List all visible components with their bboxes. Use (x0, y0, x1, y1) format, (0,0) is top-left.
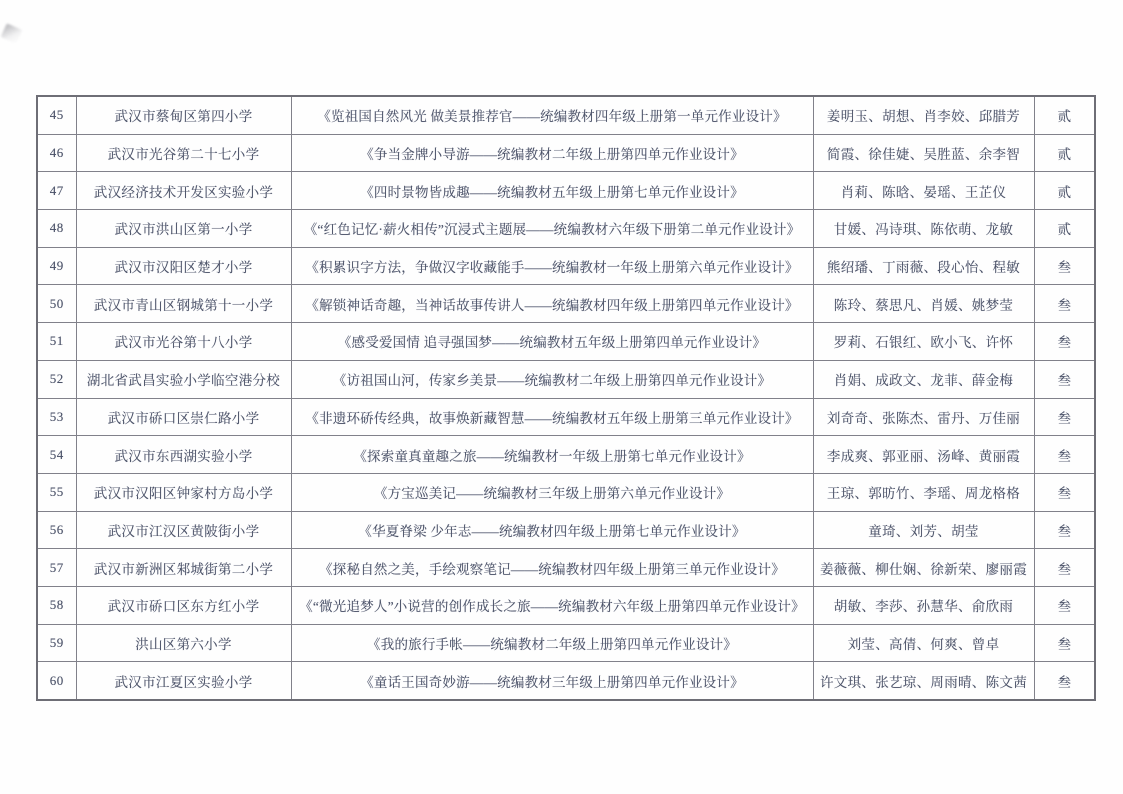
prize-rank-cell: 叁 (1034, 662, 1095, 700)
school-name-cell: 武汉市汉阳区钟家村方岛小学 (76, 473, 291, 511)
row-number-cell: 52 (37, 360, 76, 398)
work-title-cell: 《非遗环硚传经典，故事焕新藏智慧——统编教材五年级上册第三单元作业设计》 (291, 398, 813, 436)
row-number-cell: 57 (37, 549, 76, 587)
prize-rank-cell: 叁 (1034, 549, 1095, 587)
work-title-cell: 《“红色记忆·薪火相传”沉浸式主题展——统编教材六年级下册第二单元作业设计》 (291, 210, 813, 248)
table-row: 53 武汉市硚口区崇仁路小学 《非遗环硚传经典，故事焕新藏智慧——统编教材五年级… (37, 398, 1095, 436)
school-name-cell: 洪山区第六小学 (76, 624, 291, 662)
table-row: 60 武汉市江夏区实验小学 《童话王国奇妙游——统编教材三年级上册第四单元作业设… (37, 662, 1095, 700)
authors-cell: 罗莉、石银红、欧小飞、许怀 (813, 323, 1034, 361)
table-row: 59 洪山区第六小学 《我的旅行手帐——统编教材二年级上册第四单元作业设计》 刘… (37, 624, 1095, 662)
table-row: 56 武汉市江汉区黄陂街小学 《华夏脊梁 少年志——统编教材四年级上册第七单元作… (37, 511, 1095, 549)
table-row: 46 武汉市光谷第二十七小学 《争当金牌小导游——统编教材二年级上册第四单元作业… (37, 134, 1095, 172)
work-title-cell: 《方宝巡美记——统编教材三年级上册第六单元作业设计》 (291, 473, 813, 511)
prize-rank-cell: 叁 (1034, 398, 1095, 436)
prize-rank-cell: 叁 (1034, 360, 1095, 398)
school-name-cell: 武汉市蔡甸区第四小学 (76, 96, 291, 134)
prize-rank-cell: 叁 (1034, 473, 1095, 511)
authors-cell: 简霞、徐佳婕、吴胜蓝、余李智 (813, 134, 1034, 172)
school-name-cell: 武汉市青山区钢城第十一小学 (76, 285, 291, 323)
school-name-cell: 武汉市洪山区第一小学 (76, 210, 291, 248)
authors-cell: 甘媛、冯诗琪、陈依萌、龙敏 (813, 210, 1034, 248)
work-title-cell: 《感受爱国情 追寻强国梦——统编教材五年级上册第四单元作业设计》 (291, 323, 813, 361)
table-row: 45 武汉市蔡甸区第四小学 《览祖国自然风光 做美景推荐官——统编教材四年级上册… (37, 96, 1095, 134)
authors-cell: 姜薇薇、柳仕娴、徐新荣、廖丽霞 (813, 549, 1034, 587)
table-row: 57 武汉市新洲区邾城街第二小学 《探秘自然之美，手绘观察笔记——统编教材四年级… (37, 549, 1095, 587)
row-number-cell: 59 (37, 624, 76, 662)
prize-rank-cell: 叁 (1034, 247, 1095, 285)
school-name-cell: 武汉市新洲区邾城街第二小学 (76, 549, 291, 587)
scan-artifact (1, 23, 23, 44)
school-name-cell: 武汉市江汉区黄陂街小学 (76, 511, 291, 549)
table-row: 47 武汉经济技术开发区实验小学 《四时景物皆成趣——统编教材五年级上册第七单元… (37, 172, 1095, 210)
work-title-cell: 《我的旅行手帐——统编教材二年级上册第四单元作业设计》 (291, 624, 813, 662)
school-name-cell: 武汉市硚口区崇仁路小学 (76, 398, 291, 436)
prize-rank-cell: 叁 (1034, 511, 1095, 549)
authors-cell: 胡敏、李莎、孙慧华、俞欣雨 (813, 586, 1034, 624)
row-number-cell: 48 (37, 210, 76, 248)
prize-rank-cell: 叁 (1034, 624, 1095, 662)
prize-rank-cell: 贰 (1034, 172, 1095, 210)
work-title-cell: 《积累识字方法，争做汉字收藏能手——统编教材一年级上册第六单元作业设计》 (291, 247, 813, 285)
row-number-cell: 45 (37, 96, 76, 134)
work-title-cell: 《览祖国自然风光 做美景推荐官——统编教材四年级上册第一单元作业设计》 (291, 96, 813, 134)
awards-table-body: 45 武汉市蔡甸区第四小学 《览祖国自然风光 做美景推荐官——统编教材四年级上册… (37, 96, 1095, 700)
row-number-cell: 56 (37, 511, 76, 549)
prize-rank-cell: 叁 (1034, 586, 1095, 624)
prize-rank-cell: 贰 (1034, 134, 1095, 172)
prize-rank-cell: 叁 (1034, 436, 1095, 474)
table-row: 50 武汉市青山区钢城第十一小学 《解锁神话奇趣，当神话故事传讲人——统编教材四… (37, 285, 1095, 323)
table-row: 49 武汉市汉阳区楚才小学 《积累识字方法，争做汉字收藏能手——统编教材一年级上… (37, 247, 1095, 285)
work-title-cell: 《童话王国奇妙游——统编教材三年级上册第四单元作业设计》 (291, 662, 813, 700)
authors-cell: 李成爽、郭亚丽、汤峰、黄丽霞 (813, 436, 1034, 474)
school-name-cell: 武汉市江夏区实验小学 (76, 662, 291, 700)
table-row: 55 武汉市汉阳区钟家村方岛小学 《方宝巡美记——统编教材三年级上册第六单元作业… (37, 473, 1095, 511)
prize-rank-cell: 叁 (1034, 285, 1095, 323)
table-row: 52 湖北省武昌实验小学临空港分校 《访祖国山河，传家乡美景——统编教材二年级上… (37, 360, 1095, 398)
prize-rank-cell: 贰 (1034, 96, 1095, 134)
authors-cell: 刘莹、高倩、何爽、曾卓 (813, 624, 1034, 662)
authors-cell: 陈玲、蔡思凡、肖媛、姚梦莹 (813, 285, 1034, 323)
authors-cell: 熊绍璠、丁雨薇、段心怡、程敏 (813, 247, 1034, 285)
work-title-cell: 《“微光追梦人”小说营的创作成长之旅——统编教材六年级上册第四单元作业设计》 (291, 586, 813, 624)
work-title-cell: 《访祖国山河，传家乡美景——统编教材二年级上册第四单元作业设计》 (291, 360, 813, 398)
row-number-cell: 47 (37, 172, 76, 210)
row-number-cell: 58 (37, 586, 76, 624)
authors-cell: 王琼、郭昉竹、李瑶、周龙格格 (813, 473, 1034, 511)
row-number-cell: 53 (37, 398, 76, 436)
school-name-cell: 武汉市光谷第十八小学 (76, 323, 291, 361)
authors-cell: 姜明玉、胡想、肖李姣、邱腊芳 (813, 96, 1034, 134)
authors-cell: 肖娟、成政文、龙菲、薛金梅 (813, 360, 1034, 398)
work-title-cell: 《探索童真童趣之旅——统编教材一年级上册第七单元作业设计》 (291, 436, 813, 474)
table-row: 54 武汉市东西湖实验小学 《探索童真童趣之旅——统编教材一年级上册第七单元作业… (37, 436, 1095, 474)
authors-cell: 许文琪、张艺琼、周雨晴、陈文茜 (813, 662, 1034, 700)
prize-rank-cell: 叁 (1034, 323, 1095, 361)
row-number-cell: 50 (37, 285, 76, 323)
table-row: 51 武汉市光谷第十八小学 《感受爱国情 追寻强国梦——统编教材五年级上册第四单… (37, 323, 1095, 361)
work-title-cell: 《华夏脊梁 少年志——统编教材四年级上册第七单元作业设计》 (291, 511, 813, 549)
work-title-cell: 《解锁神话奇趣，当神话故事传讲人——统编教材四年级上册第四单元作业设计》 (291, 285, 813, 323)
row-number-cell: 60 (37, 662, 76, 700)
prize-rank-cell: 贰 (1034, 210, 1095, 248)
scanned-document-page: 45 武汉市蔡甸区第四小学 《览祖国自然风光 做美景推荐官——统编教材四年级上册… (0, 0, 1123, 794)
table-row: 58 武汉市硚口区东方红小学 《“微光追梦人”小说营的创作成长之旅——统编教材六… (37, 586, 1095, 624)
awards-table-container: 45 武汉市蔡甸区第四小学 《览祖国自然风光 做美景推荐官——统编教材四年级上册… (36, 95, 1096, 701)
school-name-cell: 武汉经济技术开发区实验小学 (76, 172, 291, 210)
authors-cell: 刘奇奇、张陈杰、雷丹、万佳丽 (813, 398, 1034, 436)
row-number-cell: 49 (37, 247, 76, 285)
school-name-cell: 武汉市硚口区东方红小学 (76, 586, 291, 624)
row-number-cell: 54 (37, 436, 76, 474)
awards-table: 45 武汉市蔡甸区第四小学 《览祖国自然风光 做美景推荐官——统编教材四年级上册… (36, 95, 1096, 701)
row-number-cell: 51 (37, 323, 76, 361)
work-title-cell: 《探秘自然之美，手绘观察笔记——统编教材四年级上册第三单元作业设计》 (291, 549, 813, 587)
school-name-cell: 湖北省武昌实验小学临空港分校 (76, 360, 291, 398)
school-name-cell: 武汉市光谷第二十七小学 (76, 134, 291, 172)
row-number-cell: 46 (37, 134, 76, 172)
work-title-cell: 《四时景物皆成趣——统编教材五年级上册第七单元作业设计》 (291, 172, 813, 210)
table-row: 48 武汉市洪山区第一小学 《“红色记忆·薪火相传”沉浸式主题展——统编教材六年… (37, 210, 1095, 248)
work-title-cell: 《争当金牌小导游——统编教材二年级上册第四单元作业设计》 (291, 134, 813, 172)
school-name-cell: 武汉市东西湖实验小学 (76, 436, 291, 474)
row-number-cell: 55 (37, 473, 76, 511)
authors-cell: 童琦、刘芳、胡莹 (813, 511, 1034, 549)
school-name-cell: 武汉市汉阳区楚才小学 (76, 247, 291, 285)
authors-cell: 肖莉、陈晗、晏瑶、王芷仪 (813, 172, 1034, 210)
